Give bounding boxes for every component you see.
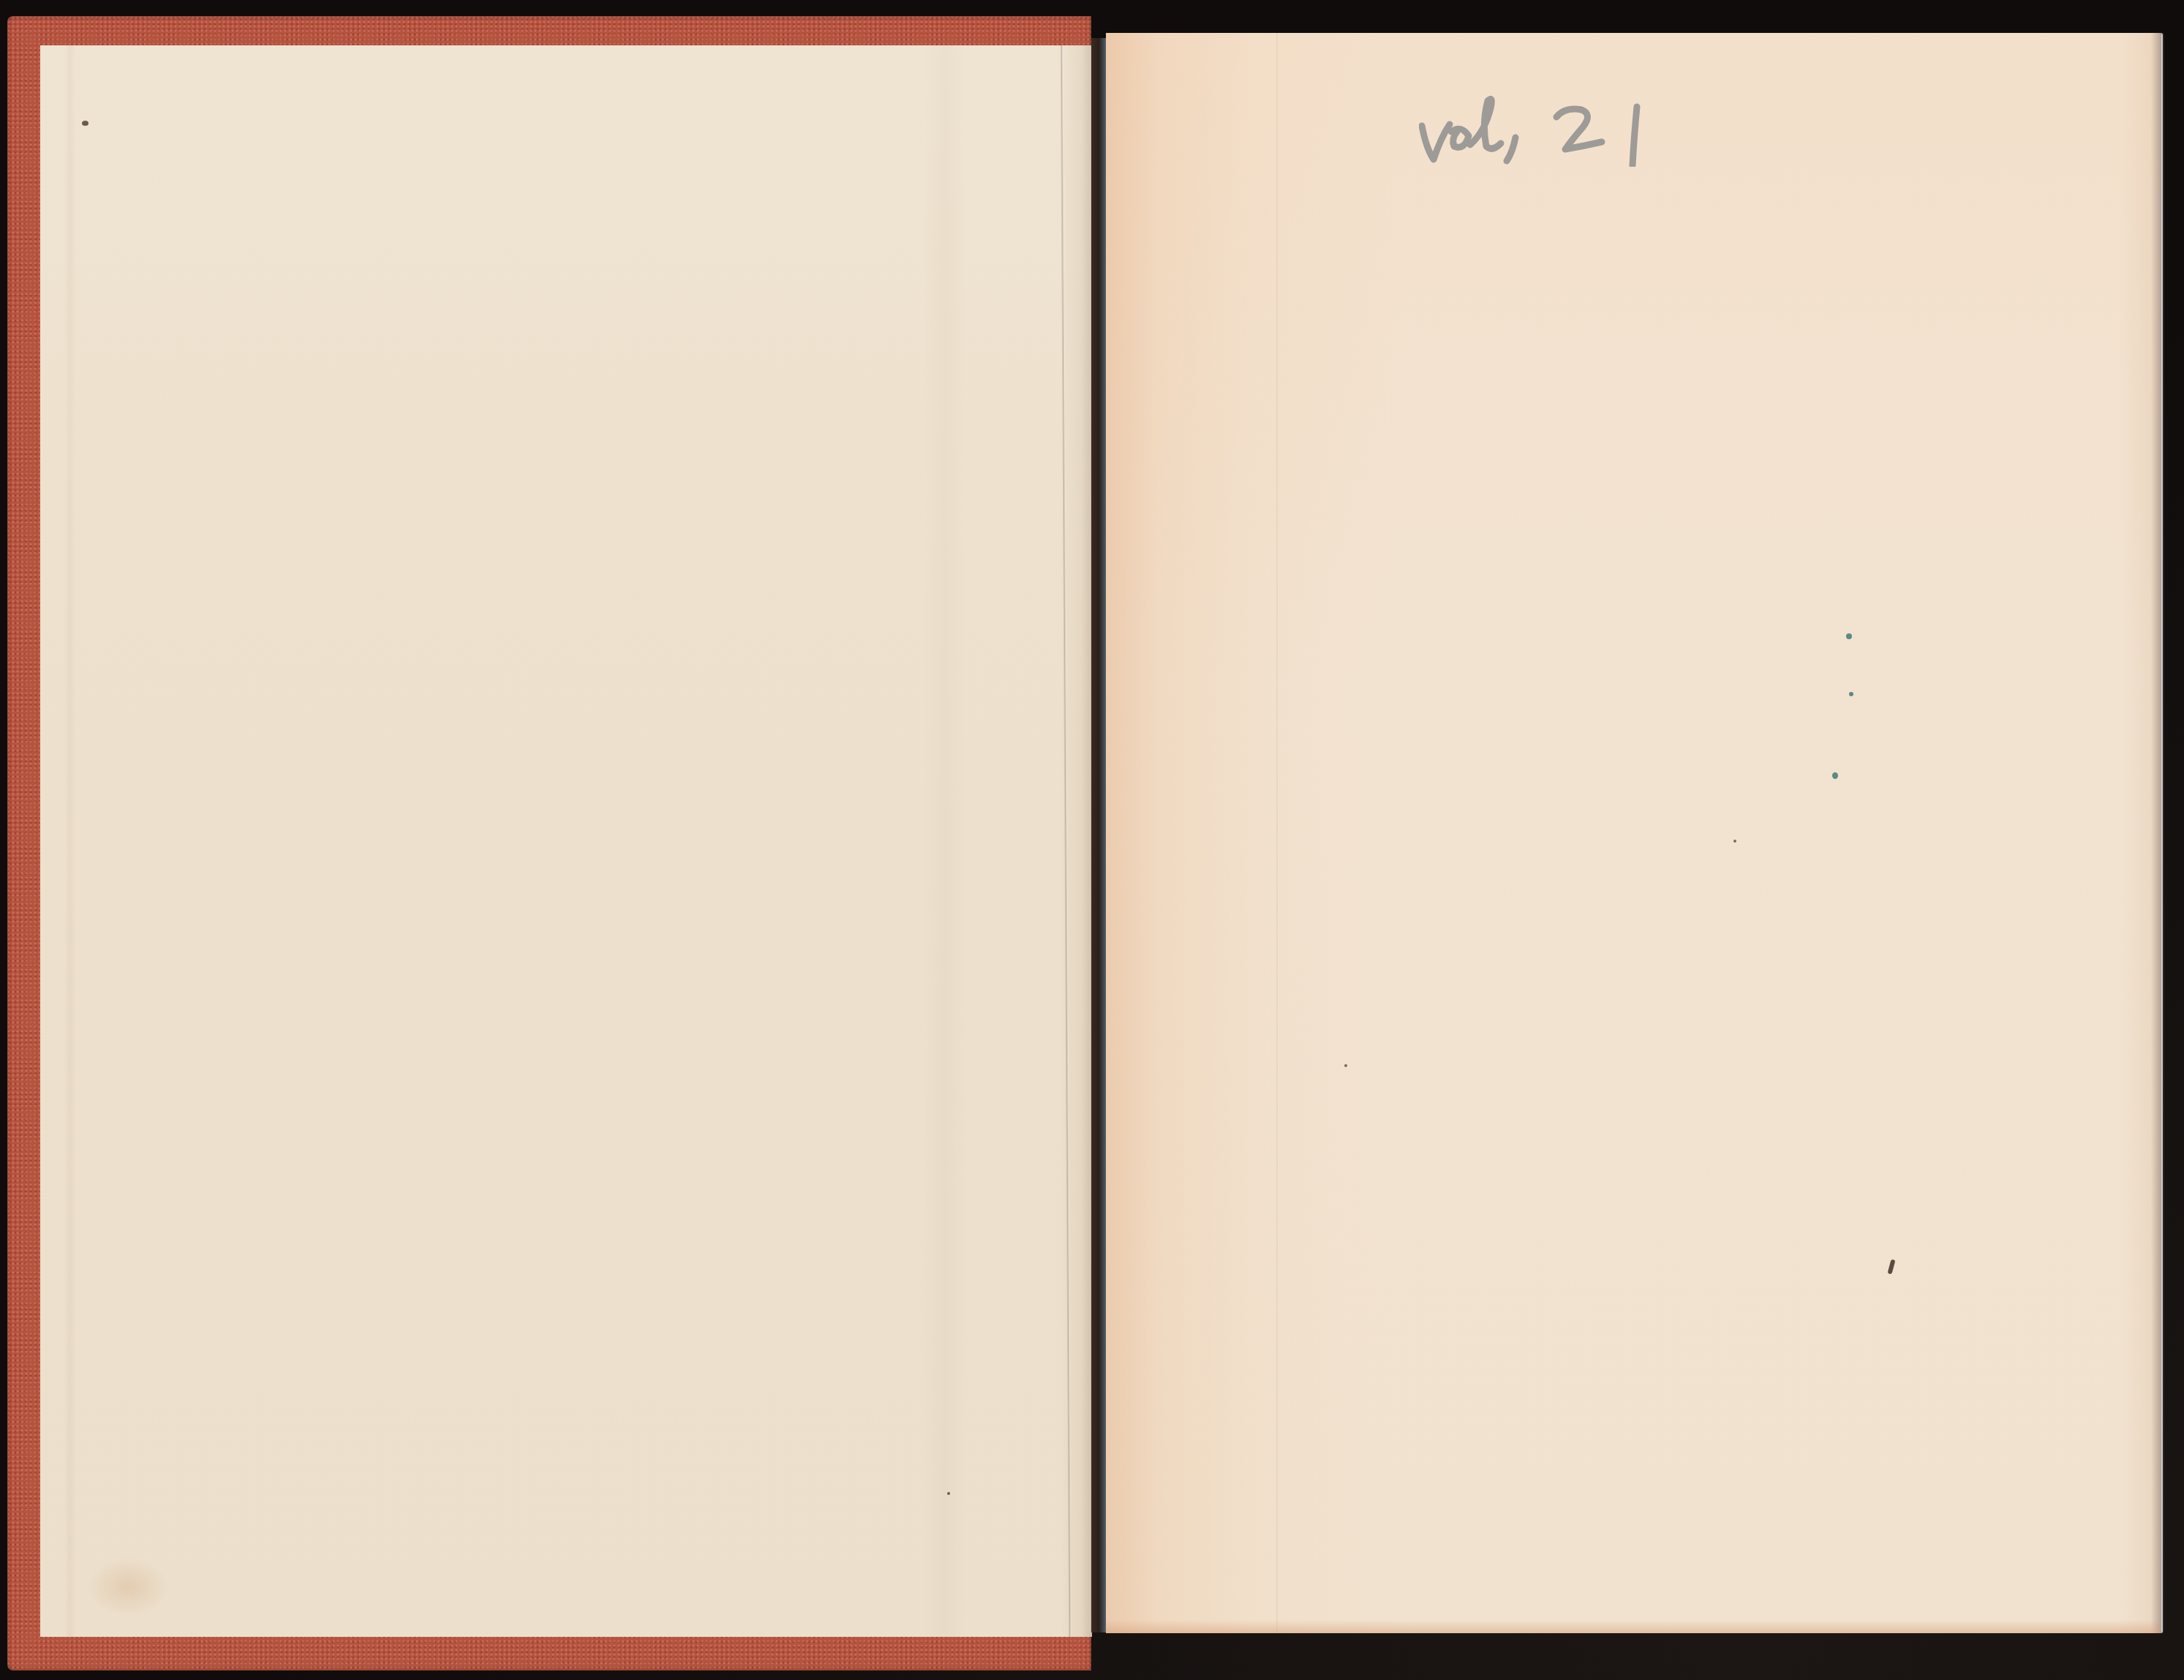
page-edge-toning <box>1106 1620 2161 1633</box>
foxing-stain <box>88 1558 168 1616</box>
pencil-note: vol. 21 <box>1419 79 1653 167</box>
handwriting-glyphs <box>1419 79 1653 167</box>
page-fold-line <box>1276 33 1278 1633</box>
dirt-speck <box>1344 1064 1347 1067</box>
green-speck <box>1846 633 1852 639</box>
green-speck <box>1849 692 1853 696</box>
right-endpaper <box>1106 33 2161 1633</box>
green-speck <box>1832 772 1838 779</box>
dirt-speck <box>947 1492 950 1495</box>
dirt-speck <box>1733 840 1736 843</box>
book-scan: vol. 21 <box>0 0 2184 1680</box>
dirt-speck <box>82 121 89 126</box>
left-endpaper <box>40 45 1092 1637</box>
